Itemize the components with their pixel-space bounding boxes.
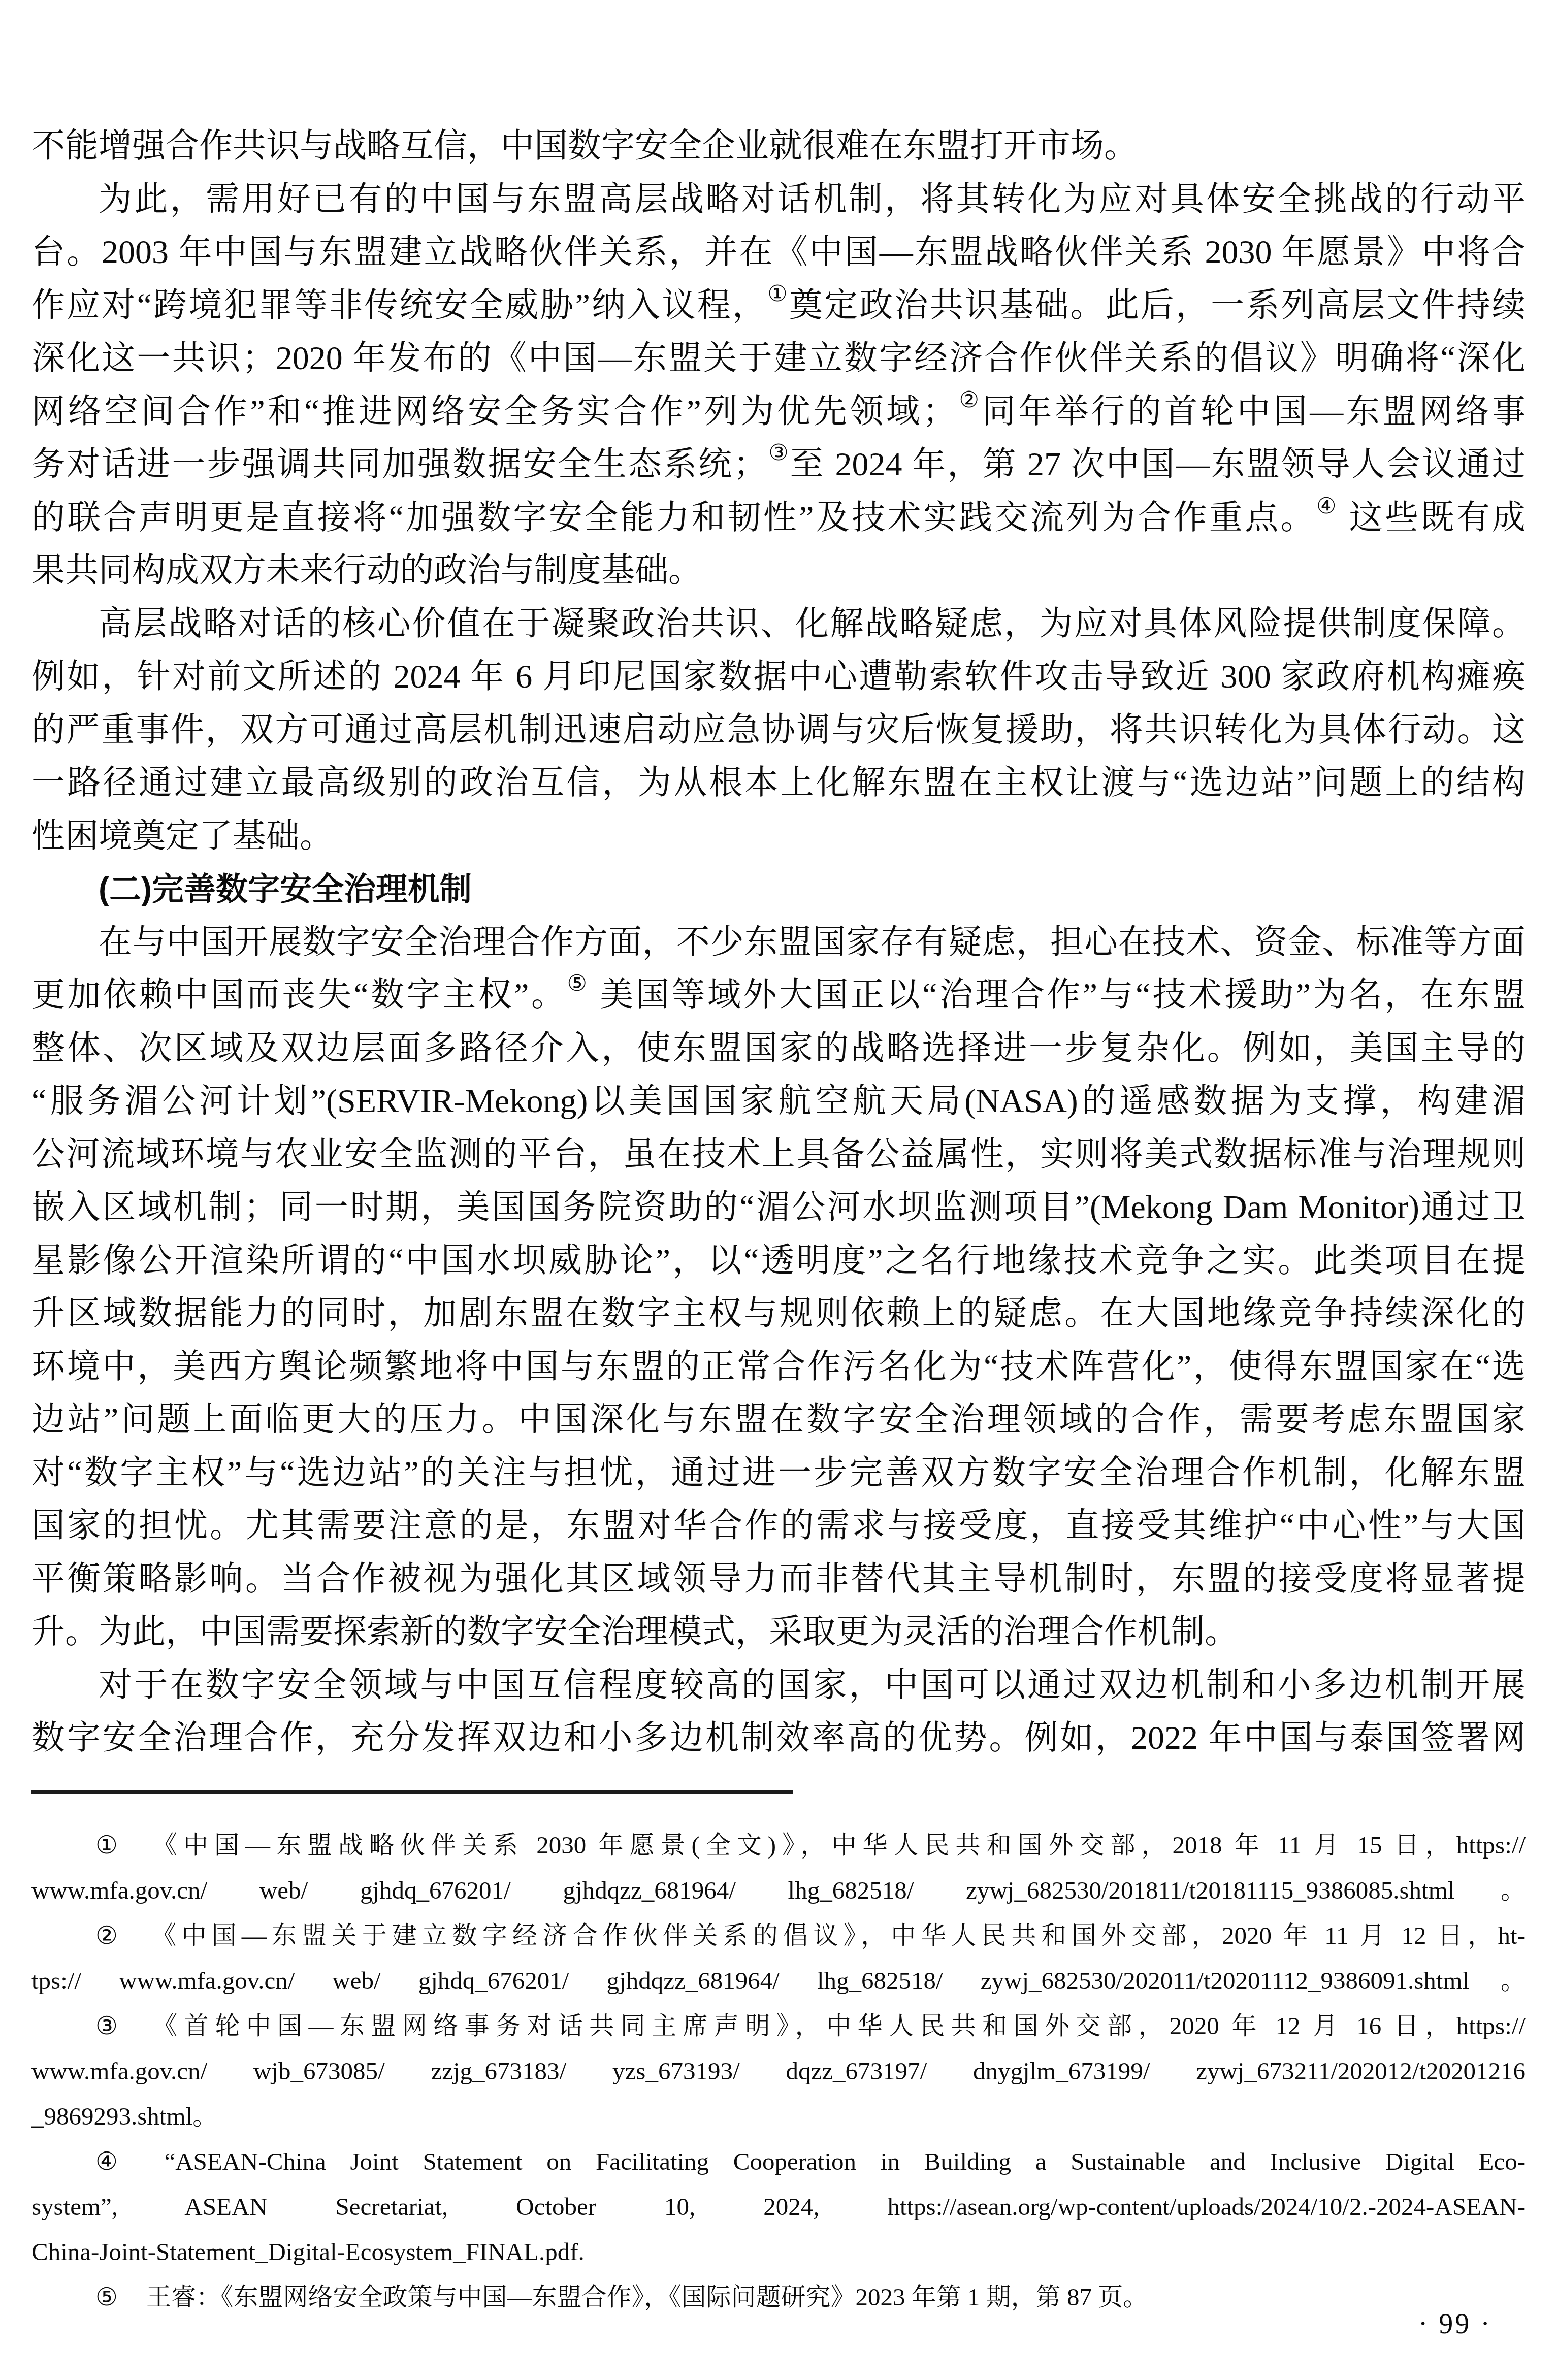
body-line: 平衡策略影响。当合作被视为强化其区域领导力而非替代其主导机制时，东盟的接受度将显… xyxy=(31,1553,1526,1606)
body-line: 星影像公开渲染所谓的“中国水坝威胁论”，以“透明度”之名行地缘技术竞争之实。此类… xyxy=(31,1234,1526,1288)
footnote-line: www.mfa.gov.cn/ web/ gjhdq_676201/ gjhdq… xyxy=(31,1868,1526,1913)
body-line-text: 例如，针对前文所述的 2024 年 6 月印尼国家数据中心遭勒索软件攻击导致近 … xyxy=(31,658,1526,695)
body-line-text: 至 2024 年，第 27 次中国—东盟领导人会议通过 xyxy=(790,446,1526,483)
body-line: 数字安全治理合作，充分发挥双边和小多边机制效率高的优势。例如，2022 年中国与… xyxy=(31,1712,1526,1765)
body-line: 为此，需用好已有的中国与东盟高层战略对话机制，将其转化为应对具体安全挑战的行动平 xyxy=(31,173,1526,226)
body-line: 作应对“跨境犯罪等非传统安全威胁”纳入议程，①奠定政治共识基础。此后，一系列高层… xyxy=(31,279,1526,333)
body-line: 嵌入区域机制；同一时期，美国国务院资助的“湄公河水坝监测项目”(Mekong D… xyxy=(31,1181,1526,1234)
footnote-ref-5: ⑤ xyxy=(567,971,590,996)
footnote-line: China-Joint-Statement_Digital-Ecosystem_… xyxy=(31,2229,1526,2274)
body-line-text: 深化这一共识；2020 年发布的《中国—东盟关于建立数字经济合作伙伴关系的倡议》… xyxy=(31,340,1526,377)
body-line: 网络空间合作”和“推进网络安全务实合作”列为优先领域；②同年举行的首轮中国—东盟… xyxy=(31,385,1526,439)
body-line-text: 同年举行的首轮中国—东盟网络事 xyxy=(982,393,1526,430)
body-line: 环境中，美西方舆论频繁地将中国与东盟的正常合作污名化为“技术阵营化”，使得东盟国… xyxy=(31,1341,1526,1394)
footnotes: ①《中国—东盟战略伙伴关系 2030 年愿景(全文)》，中华人民共和国外交部，2… xyxy=(31,1822,1526,2320)
footnote-text: China-Joint-Statement_Digital-Ecosystem_… xyxy=(31,2238,585,2266)
body-line: 升区域数据能力的同时，加剧东盟在数字主权与规则依赖上的疑虑。在大国地缘竞争持续深… xyxy=(31,1287,1526,1341)
footnote-text: _9869293.shtml。 xyxy=(31,2102,217,2130)
footnote-text: 《中国—东盟战略伙伴关系 2030 年愿景(全文)》，中华人民共和国外交部，20… xyxy=(152,1831,1526,1859)
body-line-text: 国家的担忧。尤其需要注意的是，东盟对华合作的需求与接受度，直接受其维护“中心性”… xyxy=(31,1507,1526,1544)
footnote-ref-3: ③ xyxy=(767,440,790,465)
footnote-line: _9869293.shtml。 xyxy=(31,2094,1526,2139)
body-line-text: 务对话进一步强调共同加强数据安全生态系统； xyxy=(31,446,767,483)
body-line-text: 升。为此，中国需要探索新的数字安全治理模式，采取更为灵活的治理合作机制。 xyxy=(31,1613,1238,1650)
body-line: 不能增强合作共识与战略互信，中国数字安全企业就很难在东盟打开市场。 xyxy=(31,120,1526,173)
body-line: “服务湄公河计划”(SERVIR-Mekong)以美国国家航空航天局(NASA)… xyxy=(31,1075,1526,1128)
body-line: 国家的担忧。尤其需要注意的是，东盟对华合作的需求与接受度，直接受其维护“中心性”… xyxy=(31,1499,1526,1553)
body-line-text: 平衡策略影响。当合作被视为强化其区域领导力而非替代其主导机制时，东盟的接受度将显… xyxy=(31,1560,1526,1597)
body-line-text: 升区域数据能力的同时，加剧东盟在数字主权与规则依赖上的疑虑。在大国地缘竞争持续深… xyxy=(31,1295,1526,1332)
journal-page: 不能增强合作共识与战略互信，中国数字安全企业就很难在东盟打开市场。 为此，需用好… xyxy=(0,0,1557,2380)
body-line-text: 美国等域外大国正以“治理合作”与“技术援助”为名，在东盟 xyxy=(589,976,1526,1014)
body-line: 整体、次区域及双边层面多路径介入，使东盟国家的战略选择进一步复杂化。例如，美国主… xyxy=(31,1022,1526,1075)
body-line: 果共同构成双方未来行动的政治与制度基础。 xyxy=(31,544,1526,598)
footnote-text: system”, ASEAN Secretariat, October 10, … xyxy=(31,2193,1526,2221)
footnote-line: ①《中国—东盟战略伙伴关系 2030 年愿景(全文)》，中华人民共和国外交部，2… xyxy=(31,1822,1526,1868)
body-line-text: 网络空间合作”和“推进网络安全务实合作”列为优先领域； xyxy=(31,393,956,430)
body-line-text: 奠定政治共识基础。此后，一系列高层文件持续 xyxy=(789,287,1526,324)
body-line-text: 环境中，美西方舆论频繁地将中国与东盟的正常合作污名化为“技术阵营化”，使得东盟国… xyxy=(31,1348,1526,1385)
body-line-text: 的联合声明更是直接将“加强数字安全能力和韧性”及技术实践交流列为合作重点。 xyxy=(31,499,1316,536)
footnote-line: www.mfa.gov.cn/ wjb_673085/ zzjg_673183/… xyxy=(31,2048,1526,2094)
body-line-text: 性困境奠定了基础。 xyxy=(31,818,333,855)
body-line: 在与中国开展数字安全治理合作方面，不少东盟国家存有疑虑，担心在技术、资金、标准等… xyxy=(31,916,1526,969)
footnote-ref-2: ② xyxy=(956,387,982,412)
footnote-text: 《首轮中国—东盟网络事务对话共同主席声明》，中华人民共和国外交部，2020 年 … xyxy=(152,2012,1526,2040)
footnote-marker-1: ① xyxy=(95,1831,124,1859)
footnote-text: 《中国—东盟关于建立数字经济合作伙伴关系的倡议》，中华人民共和国外交部，2020… xyxy=(151,1921,1526,1949)
footnote-separator xyxy=(31,1790,793,1794)
article-body: 不能增强合作共识与战略互信，中国数字安全企业就很难在东盟打开市场。 为此，需用好… xyxy=(31,120,1526,1765)
footnote-line: ②《中国—东盟关于建立数字经济合作伙伴关系的倡议》，中华人民共和国外交部，202… xyxy=(31,1913,1526,1958)
body-line-text: 在与中国开展数字安全治理合作方面，不少东盟国家存有疑虑，担心在技术、资金、标准等… xyxy=(99,924,1526,961)
footnote-ref-4: ④ xyxy=(1316,494,1339,518)
body-line-text: 一路径通过建立最高级别的政治互信，为从根本上化解东盟在主权让渡与“选边站”问题上… xyxy=(31,764,1526,801)
footnote-line: system”, ASEAN Secretariat, October 10, … xyxy=(31,2184,1526,2229)
body-line: 公河流域环境与农业安全监测的平台，虽在技术上具备公益属性，实则将美式数据标准与治… xyxy=(31,1128,1526,1182)
footnote-text: “ASEAN-China Joint Statement on Facilita… xyxy=(164,2147,1526,2175)
body-line: 高层战略对话的核心价值在于凝聚政治共识、化解战略疑虑，为应对具体风险提供制度保障… xyxy=(31,598,1526,651)
body-line-text: 公河流域环境与农业安全监测的平台，虽在技术上具备公益属性，实则将美式数据标准与治… xyxy=(31,1136,1526,1173)
body-line-text: “服务湄公河计划”(SERVIR-Mekong)以美国国家航空航天局(NASA)… xyxy=(31,1083,1526,1120)
body-line: 对于在数字安全领域与中国互信程度较高的国家，中国可以通过双边机制和小多边机制开展 xyxy=(31,1659,1526,1712)
footnote-marker-2: ② xyxy=(95,1921,123,1949)
body-line: 的严重事件，双方可通过高层机制迅速启动应急协调与灾后恢复援助，将共识转化为具体行… xyxy=(31,704,1526,757)
section-heading-text: (二)完善数字安全治理机制 xyxy=(99,871,472,907)
footnote-text: www.mfa.gov.cn/ wjb_673085/ zzjg_673183/… xyxy=(31,2057,1526,2085)
body-line: 边站”问题上面临更大的压力。中国深化与东盟在数字安全治理领域的合作，需要考虑东盟… xyxy=(31,1393,1526,1447)
body-line: 深化这一共识；2020 年发布的《中国—东盟关于建立数字经济合作伙伴关系的倡议》… xyxy=(31,332,1526,385)
footnote-marker-4: ④ xyxy=(95,2147,136,2175)
footnote-ref-1: ① xyxy=(767,281,789,306)
body-line-text: 更加依赖中国而丧失“数字主权”。 xyxy=(31,976,567,1014)
body-line-text: 这些既有成 xyxy=(1339,499,1526,536)
body-line-text: 整体、次区域及双边层面多路径介入，使东盟国家的战略选择进一步复杂化。例如，美国主… xyxy=(31,1030,1526,1067)
body-line: 务对话进一步强调共同加强数据安全生态系统；③至 2024 年，第 27 次中国—… xyxy=(31,438,1526,492)
footnote-text: www.mfa.gov.cn/ web/ gjhdq_676201/ gjhdq… xyxy=(31,1876,1526,1904)
body-line: 对“数字主权”与“选边站”的关注与担忧，通过进一步完善双方数字安全治理合作机制，… xyxy=(31,1447,1526,1500)
body-line-text: 对“数字主权”与“选边站”的关注与担忧，通过进一步完善双方数字安全治理合作机制，… xyxy=(31,1454,1526,1491)
body-line-text: 不能增强合作共识与战略互信，中国数字安全企业就很难在东盟打开市场。 xyxy=(31,127,1138,165)
body-line-text: 为此，需用好已有的中国与东盟高层战略对话机制，将其转化为应对具体安全挑战的行动平 xyxy=(99,181,1526,218)
body-line-text: 边站”问题上面临更大的压力。中国深化与东盟在数字安全治理领域的合作，需要考虑东盟… xyxy=(31,1401,1526,1438)
body-line: 升。为此，中国需要探索新的数字安全治理模式，采取更为灵活的治理合作机制。 xyxy=(31,1606,1526,1659)
body-line: 性困境奠定了基础。 xyxy=(31,810,1526,863)
body-line-text: 对于在数字安全领域与中国互信程度较高的国家，中国可以通过双边机制和小多边机制开展 xyxy=(99,1667,1526,1704)
footnote-marker-5: ⑤ xyxy=(95,2283,118,2311)
body-line: 一路径通过建立最高级别的政治互信，为从根本上化解东盟在主权让渡与“选边站”问题上… xyxy=(31,757,1526,810)
body-line-text: 果共同构成双方未来行动的政治与制度基础。 xyxy=(31,552,702,589)
body-line-text: 星影像公开渲染所谓的“中国水坝威胁论”，以“透明度”之名行地缘技术竞争之实。此类… xyxy=(31,1242,1526,1279)
section-heading: (二)完善数字安全治理机制 xyxy=(31,863,1526,916)
body-line-text: 作应对“跨境犯罪等非传统安全威胁”纳入议程， xyxy=(31,287,767,324)
page-number: · 99 · xyxy=(1418,2308,1492,2340)
footnote-text: tps:// www.mfa.gov.cn/ web/ gjhdq_676201… xyxy=(31,1967,1526,1995)
body-line: 例如，针对前文所述的 2024 年 6 月印尼国家数据中心遭勒索软件攻击导致近 … xyxy=(31,650,1526,704)
footnote-line: ⑤王睿：《东盟网络安全政策与中国—东盟合作》，《国际问题研究》2023 年第 1… xyxy=(31,2274,1526,2320)
body-line: 更加依赖中国而丧失“数字主权”。⑤ 美国等域外大国正以“治理合作”与“技术援助”… xyxy=(31,969,1526,1022)
footnote-line: ④“ASEAN-China Joint Statement on Facilit… xyxy=(31,2139,1526,2184)
body-line-text: 高层战略对话的核心价值在于凝聚政治共识、化解战略疑虑，为应对具体风险提供制度保障… xyxy=(99,605,1526,642)
footnote-marker-3: ③ xyxy=(95,2012,124,2040)
footnote-line: tps:// www.mfa.gov.cn/ web/ gjhdq_676201… xyxy=(31,1958,1526,2003)
body-line: 台。2003 年中国与东盟建立战略伙伴关系，并在《中国—东盟战略伙伴关系 203… xyxy=(31,226,1526,279)
body-line-text: 的严重事件，双方可通过高层机制迅速启动应急协调与灾后恢复援助，将共识转化为具体行… xyxy=(31,711,1526,748)
body-line: 的联合声明更是直接将“加强数字安全能力和韧性”及技术实践交流列为合作重点。④ 这… xyxy=(31,492,1526,545)
footnote-line: ③《首轮中国—东盟网络事务对话共同主席声明》，中华人民共和国外交部，2020 年… xyxy=(31,2003,1526,2048)
body-line-text: 嵌入区域机制；同一时期，美国国务院资助的“湄公河水坝监测项目”(Mekong D… xyxy=(31,1189,1526,1226)
footnote-text: 王睿：《东盟网络安全政策与中国—东盟合作》，《国际问题研究》2023 年第 1 … xyxy=(146,2283,1148,2311)
body-line-text: 数字安全治理合作，充分发挥双边和小多边机制效率高的优势。例如，2022 年中国与… xyxy=(31,1719,1526,1756)
body-line-text: 台。2003 年中国与东盟建立战略伙伴关系，并在《中国—东盟战略伙伴关系 203… xyxy=(31,234,1526,271)
